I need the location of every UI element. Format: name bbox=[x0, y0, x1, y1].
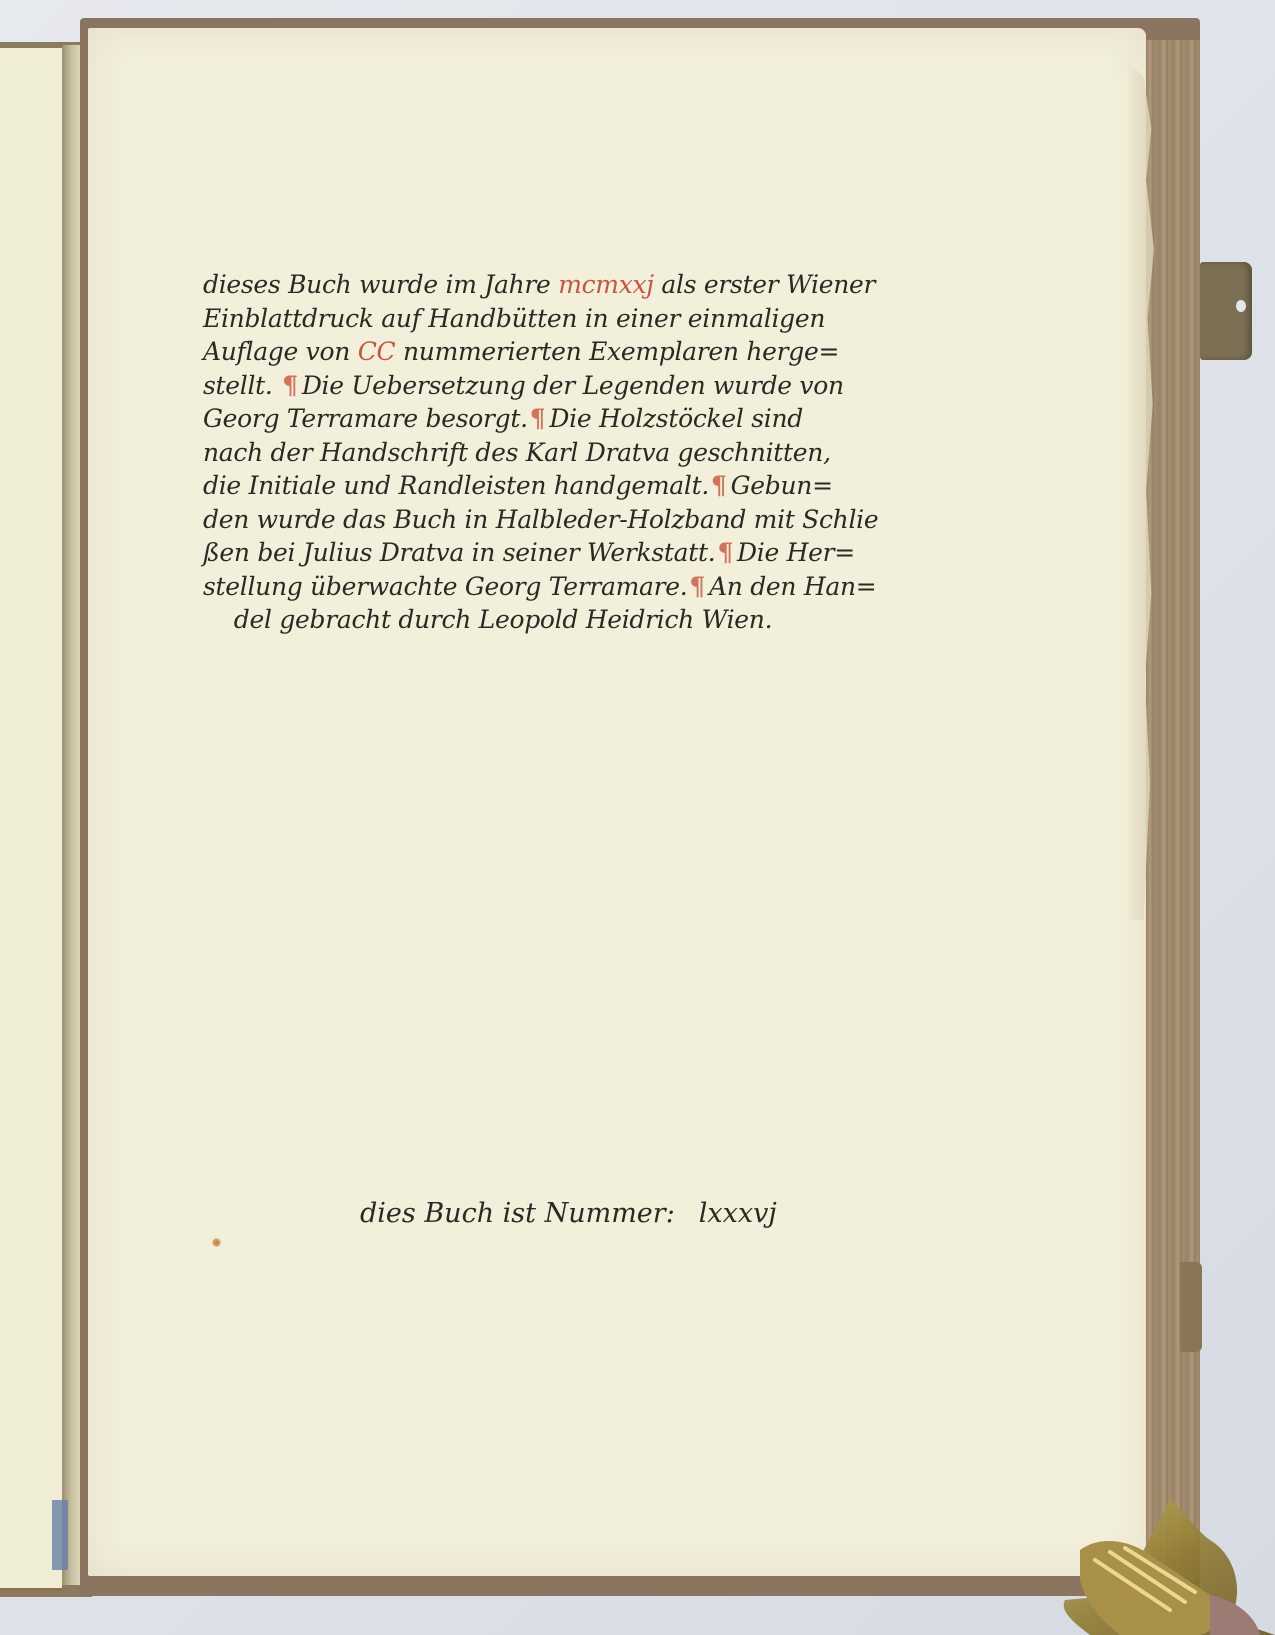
colophon-line: nach der Handschrift des Karl Dratva ges… bbox=[203, 436, 893, 470]
copy-number-value: lxxxvj bbox=[699, 1198, 777, 1229]
pilcrow-icon: ¶ bbox=[282, 371, 298, 400]
colophon-line: die Initiale und Randleisten handgemalt.… bbox=[203, 469, 893, 503]
colophon-page bbox=[88, 28, 1146, 1576]
left-facing-page bbox=[0, 48, 62, 1591]
copy-number-label: dies Buch ist Nummer: bbox=[360, 1198, 675, 1229]
pilcrow-icon: ¶ bbox=[717, 538, 733, 567]
colophon-line: dieses Buch wurde im Jahre mcmxxj als er… bbox=[203, 268, 893, 302]
year-roman-numeral: mcmxxj bbox=[558, 270, 654, 299]
hinge-plate-icon bbox=[1200, 262, 1252, 360]
spine-thread bbox=[52, 1500, 68, 1570]
copy-number-line: dies Buch ist Nummer:lxxxvj bbox=[360, 1198, 777, 1229]
foxing-stain bbox=[212, 1238, 221, 1247]
hinge-hole bbox=[1236, 300, 1246, 312]
edition-count-roman-numeral: CC bbox=[358, 337, 396, 366]
colophon-text-block: dieses Buch wurde im Jahre mcmxxj als er… bbox=[203, 268, 893, 637]
colophon-line: del gebracht durch Leopold Heidrich Wien… bbox=[203, 603, 893, 637]
colophon-line: stellung überwachte Georg Terramare.¶An … bbox=[203, 570, 893, 604]
colophon-line: Einblattdruck auf Handbütten in einer ei… bbox=[203, 302, 893, 336]
colophon-line: den wurde das Buch in Halbleder-Holzband… bbox=[203, 503, 893, 537]
brass-hand-clasp-icon bbox=[1060, 1500, 1275, 1635]
clasp-catch bbox=[1180, 1262, 1202, 1352]
pilcrow-icon: ¶ bbox=[689, 572, 705, 601]
colophon-line: Georg Terramare besorgt.¶Die Holzstöckel… bbox=[203, 402, 893, 436]
pilcrow-icon: ¶ bbox=[711, 471, 727, 500]
colophon-line: ßen bei Julius Dratva in seiner Werkstat… bbox=[203, 536, 893, 570]
pilcrow-icon: ¶ bbox=[530, 404, 546, 433]
colophon-line: Auflage von CC nummerierten Exemplaren h… bbox=[203, 335, 893, 369]
colophon-line: stellt. ¶Die Uebersetzung der Legenden w… bbox=[203, 369, 893, 403]
